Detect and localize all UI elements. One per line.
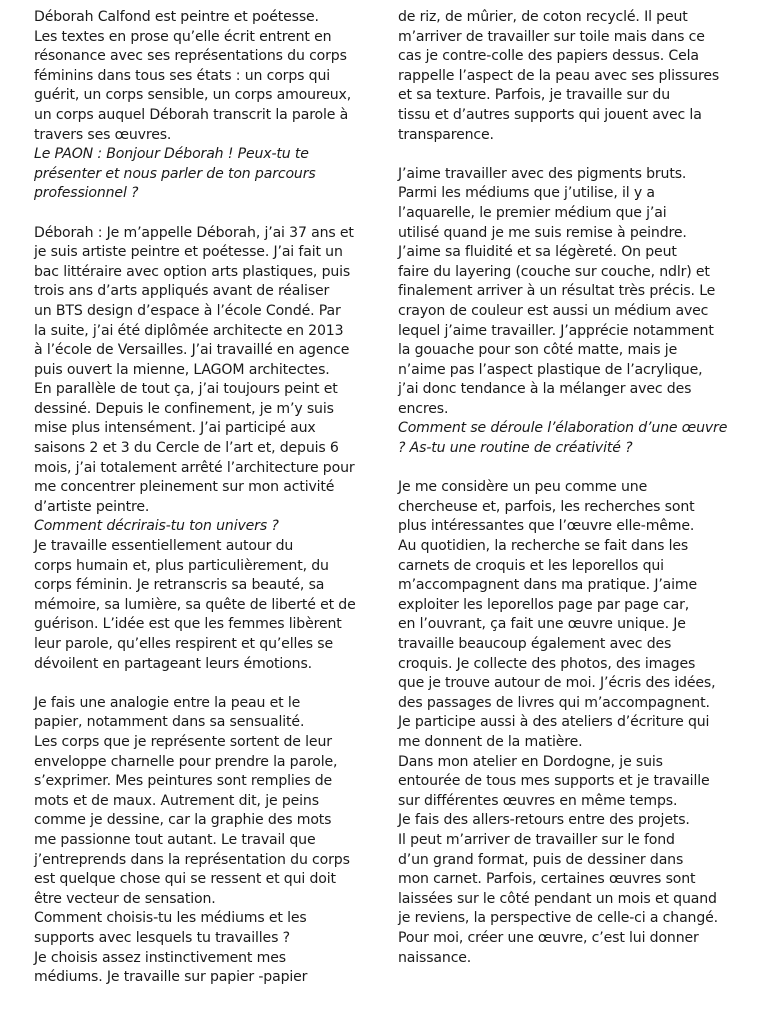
text-line: la suite, j’ai été diplômée architecte e…: [34, 322, 374, 342]
right-column: de riz, de mûrier, de coton recyclé. Il …: [398, 8, 748, 968]
paragraph-spacer: [398, 459, 748, 479]
text-line: exploiter les leporellos page par page c…: [398, 596, 748, 616]
text-line: que je trouve autour de moi. J’écris des…: [398, 674, 748, 694]
text-line: faire du layering (couche sur couche, nd…: [398, 263, 748, 283]
text-line: me donnent de la matière.: [398, 733, 748, 753]
text-line: guérison. L’idée est que les femmes libè…: [34, 615, 374, 635]
text-line: supports avec lesquels tu travailles ?: [34, 929, 374, 949]
text-line: d’un grand format, puis de dessiner dans: [398, 851, 748, 871]
text-line: être vecteur de sensation.: [34, 890, 374, 910]
text-line: Je fais une analogie entre la peau et le: [34, 694, 374, 714]
text-line: papier, notamment dans sa sensualité.: [34, 713, 374, 733]
text-line: laissées sur le côté pendant un mois et …: [398, 890, 748, 910]
text-line: enveloppe charnelle pour prendre la paro…: [34, 753, 374, 773]
paragraph-spacer: [34, 674, 374, 694]
text-line: Au quotidien, la recherche se fait dans …: [398, 537, 748, 557]
interview-question-line: Comment se déroule l’élaboration d’une œ…: [398, 419, 748, 439]
text-line: travers ses œuvres.: [34, 126, 374, 146]
text-line: Les textes en prose qu’elle écrit entren…: [34, 28, 374, 48]
interview-question-line: Le PAON : Bonjour Déborah ! Peux-tu te: [34, 145, 374, 165]
text-line: comme je dessine, car la graphie des mot…: [34, 811, 374, 831]
text-line: lequel j’aime travailler. J’apprécie not…: [398, 322, 748, 342]
text-line: mise plus intensément. J’ai participé au…: [34, 419, 374, 439]
text-line: trois ans d’arts appliqués avant de réal…: [34, 282, 374, 302]
text-line: un corps auquel Déborah transcrit la par…: [34, 106, 374, 126]
text-line: J’aime sa fluidité et sa légèreté. On pe…: [398, 243, 748, 263]
text-line: médiums. Je travaille sur papier -papier: [34, 968, 374, 988]
text-line: Je participe aussi à des ateliers d’écri…: [398, 713, 748, 733]
text-line: mon carnet. Parfois, certaines œuvres so…: [398, 870, 748, 890]
text-line: m’accompagnent dans ma pratique. J’aime: [398, 576, 748, 596]
text-line: n’aime pas l’aspect plastique de l’acryl…: [398, 361, 748, 381]
text-line: m’arriver de travailler sur toile mais d…: [398, 28, 748, 48]
text-line: entourée de tous mes supports et je trav…: [398, 772, 748, 792]
interview-question-line: professionnel ?: [34, 184, 374, 204]
text-line: naissance.: [398, 949, 748, 969]
text-line: d’artiste peintre.: [34, 498, 374, 518]
text-line: un BTS design d’espace à l’école Condé. …: [34, 302, 374, 322]
text-line: chercheuse et, parfois, les recherches s…: [398, 498, 748, 518]
text-line: crayon de couleur est aussi un médium av…: [398, 302, 748, 322]
text-line: travaille beaucoup également avec des: [398, 635, 748, 655]
text-line: Il peut m’arriver de travailler sur le f…: [398, 831, 748, 851]
text-line: dévoilent en partageant leurs émotions.: [34, 655, 374, 675]
text-line: s’exprimer. Mes peintures sont remplies …: [34, 772, 374, 792]
text-line: des passages de livres qui m’accompagnen…: [398, 694, 748, 714]
text-line: J’aime travailler avec des pigments brut…: [398, 165, 748, 185]
text-line: puis ouvert la mienne, LAGOM architectes…: [34, 361, 374, 381]
text-line: féminins dans tous ses états : un corps …: [34, 67, 374, 87]
left-column: Déborah Calfond est peintre et poétesse.…: [34, 8, 374, 988]
text-line: Comment choisis-tu les médiums et les: [34, 909, 374, 929]
text-line: Déborah : Je m’appelle Déborah, j’ai 37 …: [34, 224, 374, 244]
text-line: corps féminin. Je retranscris sa beauté,…: [34, 576, 374, 596]
interview-question-line: Comment décrirais-tu ton univers ?: [34, 517, 374, 537]
text-line: carnets de croquis et les leporellos qui: [398, 557, 748, 577]
text-line: j’ai donc tendance à la mélanger avec de…: [398, 380, 748, 400]
text-line: sur différentes œuvres en même temps.: [398, 792, 748, 812]
text-line: encres.: [398, 400, 748, 420]
text-line: croquis. Je collecte des photos, des ima…: [398, 655, 748, 675]
text-line: En parallèle de tout ça, j’ai toujours p…: [34, 380, 374, 400]
paragraph-spacer: [398, 145, 748, 165]
text-line: et sa texture. Parfois, je travaille sur…: [398, 86, 748, 106]
text-line: finalement arriver à un résultat très pr…: [398, 282, 748, 302]
text-line: je reviens, la perspective de celle-ci a…: [398, 909, 748, 929]
text-line: utilisé quand je me suis remise à peindr…: [398, 224, 748, 244]
text-line: me passionne tout autant. Le travail que: [34, 831, 374, 851]
text-line: j’entreprends dans la représentation du …: [34, 851, 374, 871]
text-line: cas je contre-colle des papiers dessus. …: [398, 47, 748, 67]
text-line: la gouache pour son côté matte, mais je: [398, 341, 748, 361]
text-line: corps humain et, plus particulièrement, …: [34, 557, 374, 577]
text-line: bac littéraire avec option arts plastiqu…: [34, 263, 374, 283]
text-line: rappelle l’aspect de la peau avec ses pl…: [398, 67, 748, 87]
text-line: résonance avec ses représentations du co…: [34, 47, 374, 67]
text-line: transparence.: [398, 126, 748, 146]
text-line: mémoire, sa lumière, sa quête de liberté…: [34, 596, 374, 616]
text-line: à l’école de Versailles. J’ai travaillé …: [34, 341, 374, 361]
text-line: Dans mon atelier en Dordogne, je suis: [398, 753, 748, 773]
text-line: leur parole, qu’elles respirent et qu’el…: [34, 635, 374, 655]
text-line: me concentrer pleinement sur mon activit…: [34, 478, 374, 498]
text-line: plus intéressantes que l’œuvre elle-même…: [398, 517, 748, 537]
paragraph-spacer: [34, 204, 374, 224]
interview-question-line: ? As-tu une routine de créativité ?: [398, 439, 748, 459]
text-line: est quelque chose qui se ressent et qui …: [34, 870, 374, 890]
text-line: en l’ouvrant, ça fait une œuvre unique. …: [398, 615, 748, 635]
text-line: Les corps que je représente sortent de l…: [34, 733, 374, 753]
text-line: Je fais des allers-retours entre des pro…: [398, 811, 748, 831]
text-line: je suis artiste peintre et poétesse. J’a…: [34, 243, 374, 263]
interview-question-line: présenter et nous parler de ton parcours: [34, 165, 374, 185]
text-line: de riz, de mûrier, de coton recyclé. Il …: [398, 8, 748, 28]
text-line: Je me considère un peu comme une: [398, 478, 748, 498]
text-line: mots et de maux. Autrement dit, je peins: [34, 792, 374, 812]
text-line: mois, j’ai totalement arrêté l’architect…: [34, 459, 374, 479]
text-line: Parmi les médiums que j’utilise, il y a: [398, 184, 748, 204]
text-line: guérit, un corps sensible, un corps amou…: [34, 86, 374, 106]
text-line: Déborah Calfond est peintre et poétesse.: [34, 8, 374, 28]
text-line: Je choisis assez instinctivement mes: [34, 949, 374, 969]
text-line: saisons 2 et 3 du Cercle de l’art et, de…: [34, 439, 374, 459]
text-line: dessiné. Depuis le confinement, je m’y s…: [34, 400, 374, 420]
text-line: tissu et d’autres supports qui jouent av…: [398, 106, 748, 126]
text-line: Je travaille essentiellement autour du: [34, 537, 374, 557]
text-line: l’aquarelle, le premier médium que j’ai: [398, 204, 748, 224]
text-line: Pour moi, créer une œuvre, c’est lui don…: [398, 929, 748, 949]
